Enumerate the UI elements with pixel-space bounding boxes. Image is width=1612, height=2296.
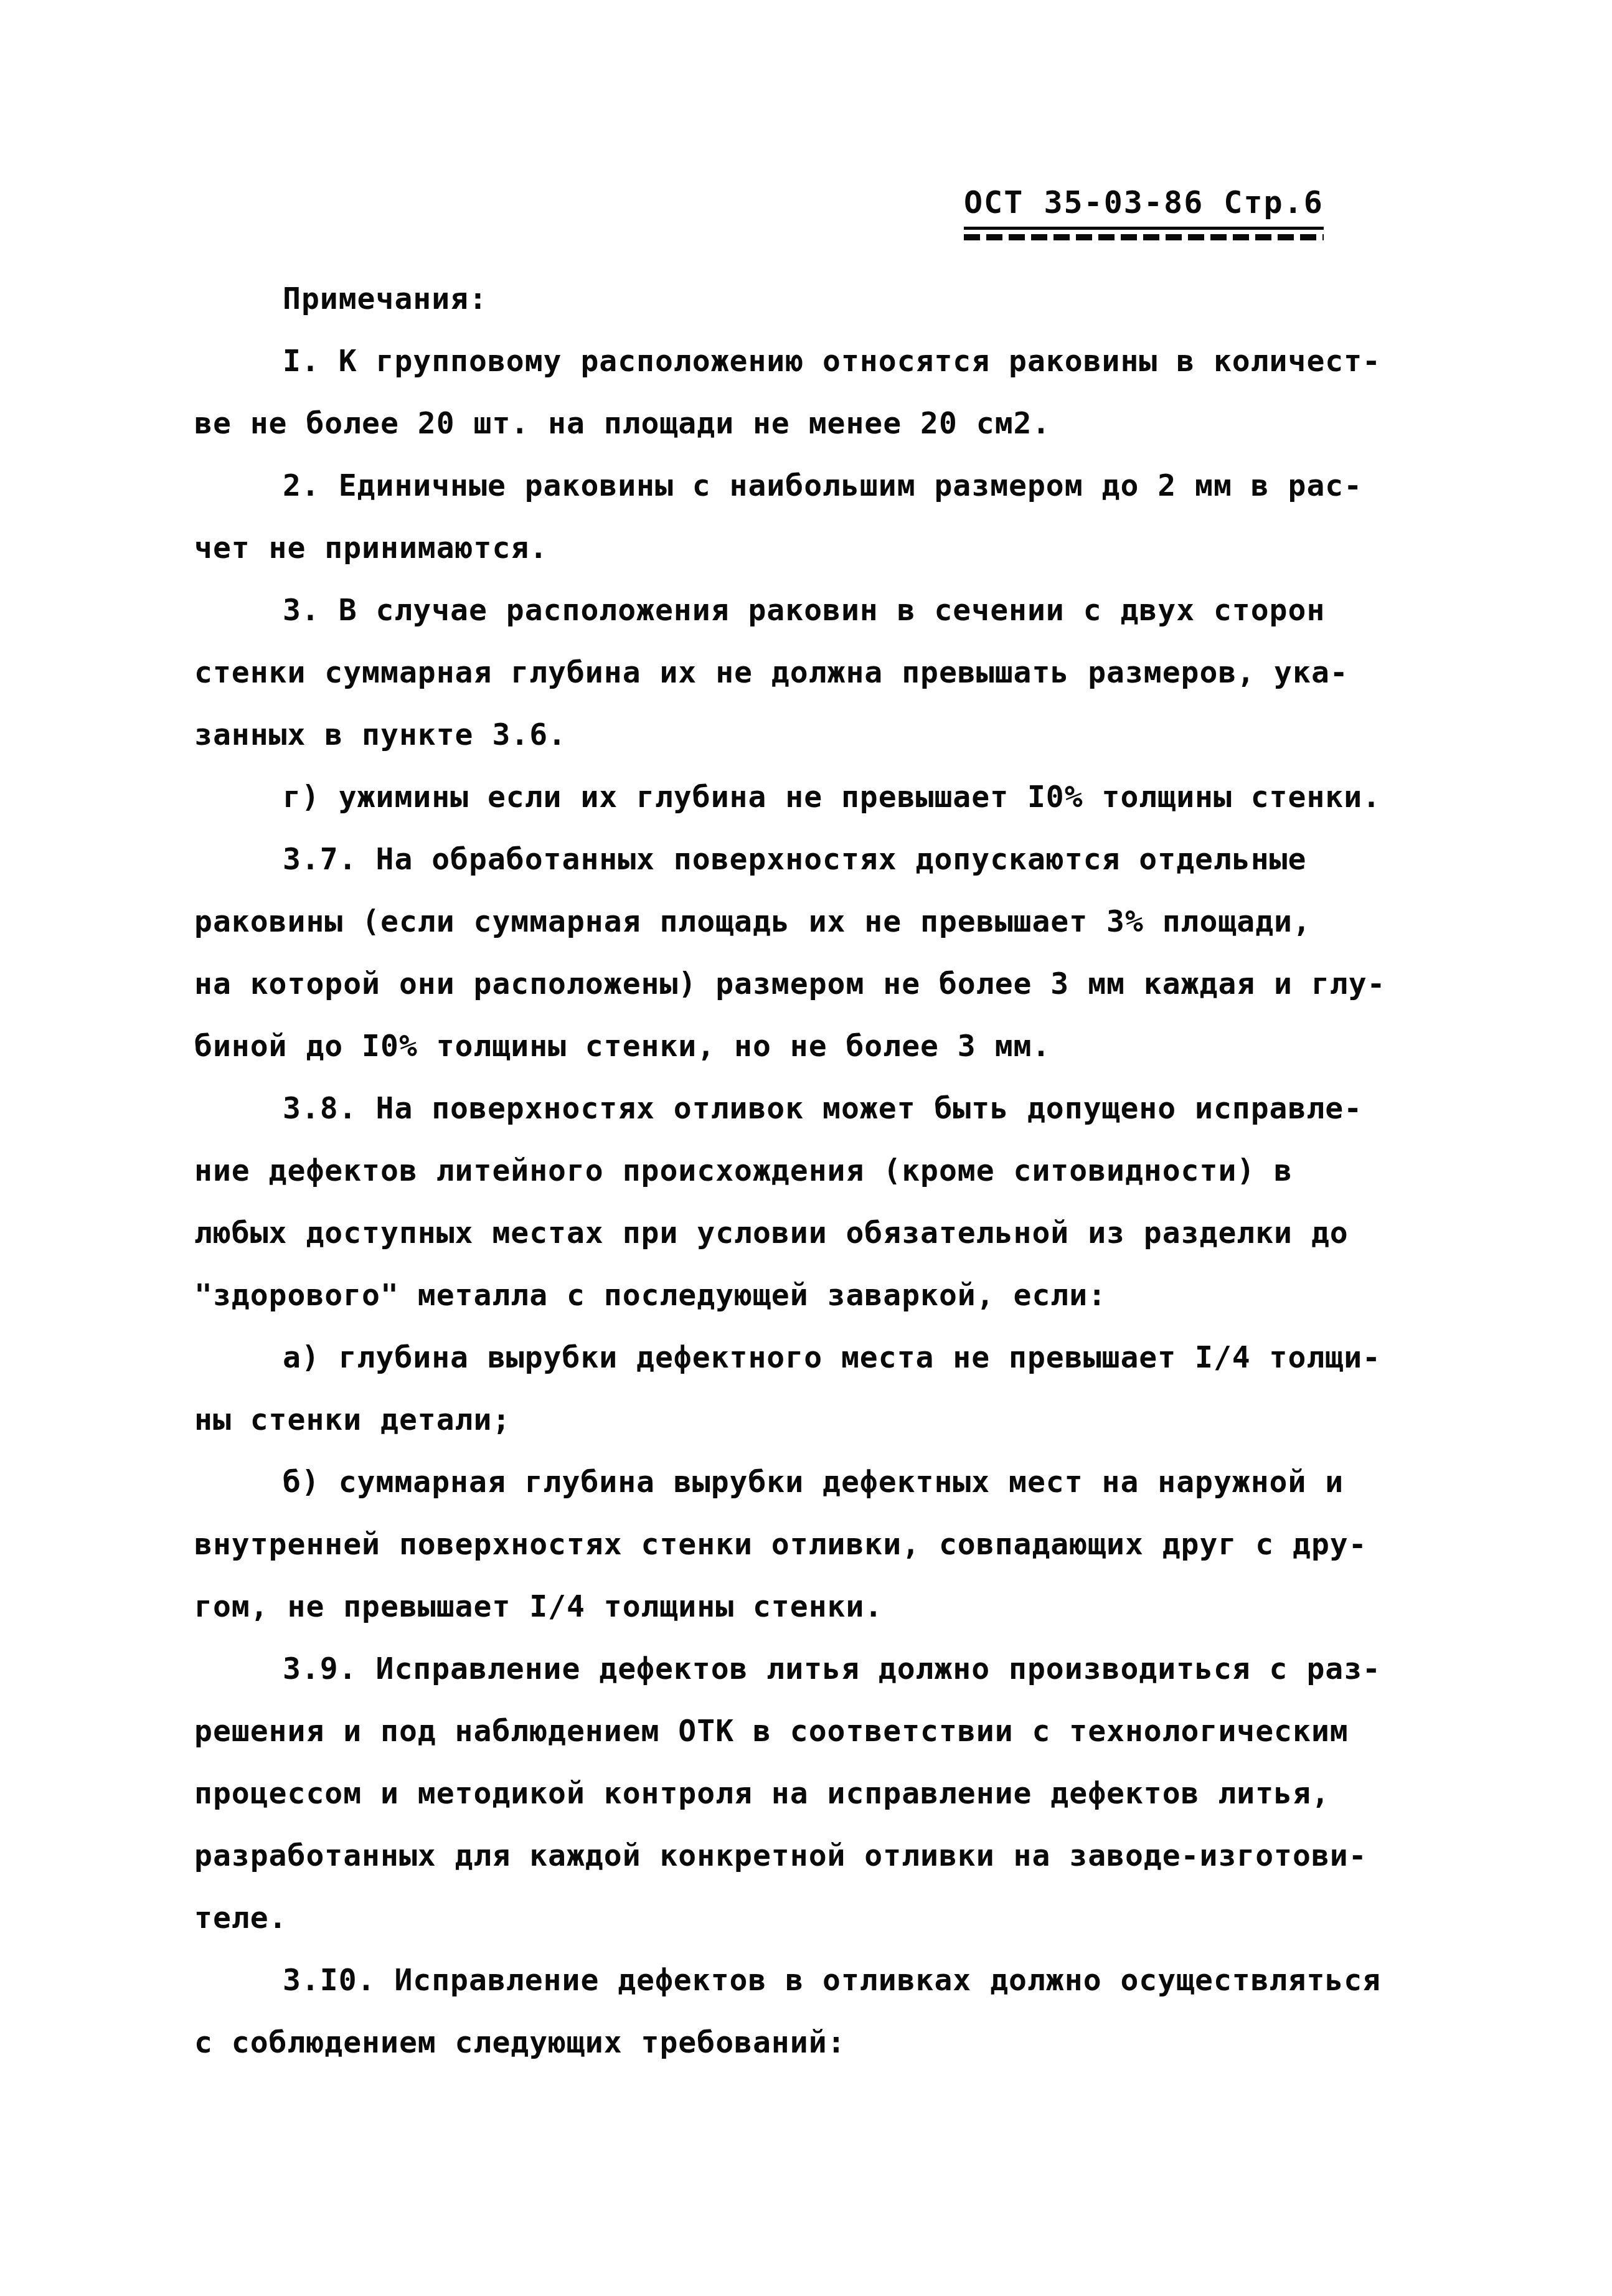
text-line: разработанных для каждой конкретной отли…: [194, 1825, 1440, 1887]
text-line: 3.8. На поверхностях отливок может быть …: [194, 1077, 1440, 1140]
text-line: на которой они расположены) размером не …: [194, 953, 1440, 1015]
text-line: I. К групповому расположению относятся р…: [194, 330, 1440, 392]
text-line: процессом и методикой контроля на исправ…: [194, 1762, 1440, 1825]
text-line: любых доступных местах при условии обяза…: [194, 1202, 1440, 1264]
text-line: ны стенки детали;: [194, 1389, 1440, 1451]
text-line: гом, не превышает I/4 толщины стенки.: [194, 1576, 1440, 1638]
text-line: 3.9. Исправление дефектов литья должно п…: [194, 1638, 1440, 1700]
text-line: 3.I0. Исправление дефектов в отливках до…: [194, 1949, 1440, 2011]
text-line: с соблюдением следующих требований:: [194, 2011, 1440, 2074]
text-line: занных в пункте 3.6.: [194, 704, 1440, 766]
header-text: ОСТ 35-03-86 Стр.6: [964, 184, 1324, 230]
text-line: биной до I0% толщины стенки, но не более…: [194, 1015, 1440, 1077]
page-header: ОСТ 35-03-86 Стр.6: [964, 184, 1324, 240]
text-line: 3. В случае расположения раковин в сечен…: [194, 579, 1440, 641]
text-line: стенки суммарная глубина их не должна пр…: [194, 641, 1440, 704]
text-line: ве не более 20 шт. на площади не менее 2…: [194, 392, 1440, 455]
document-body: Примечания: I. К групповому расположению…: [194, 268, 1440, 2074]
text-line: 2. Единичные раковины с наибольшим разме…: [194, 455, 1440, 517]
text-line: а) глубина вырубки дефектного места не п…: [194, 1326, 1440, 1389]
header-dashed-underline: [964, 234, 1324, 240]
text-line: внутренней поверхностях стенки отливки, …: [194, 1513, 1440, 1576]
text-line: ние дефектов литейного происхождения (кр…: [194, 1140, 1440, 1202]
text-line: г) ужимины если их глубина не превышает …: [194, 766, 1440, 828]
text-line: раковины (если суммарная площадь их не п…: [194, 891, 1440, 953]
text-line: б) суммарная глубина вырубки дефектных м…: [194, 1451, 1440, 1513]
text-line: Примечания:: [194, 268, 1440, 330]
text-line: чет не принимаются.: [194, 517, 1440, 579]
text-line: теле.: [194, 1887, 1440, 1949]
text-line: 3.7. На обработанных поверхностях допуск…: [194, 828, 1440, 891]
document-page: ОСТ 35-03-86 Стр.6 Примечания: I. К груп…: [0, 0, 1612, 2296]
text-line: решения и под наблюдением ОТК в соответс…: [194, 1700, 1440, 1762]
text-line: "здорового" металла с последующей заварк…: [194, 1264, 1440, 1326]
